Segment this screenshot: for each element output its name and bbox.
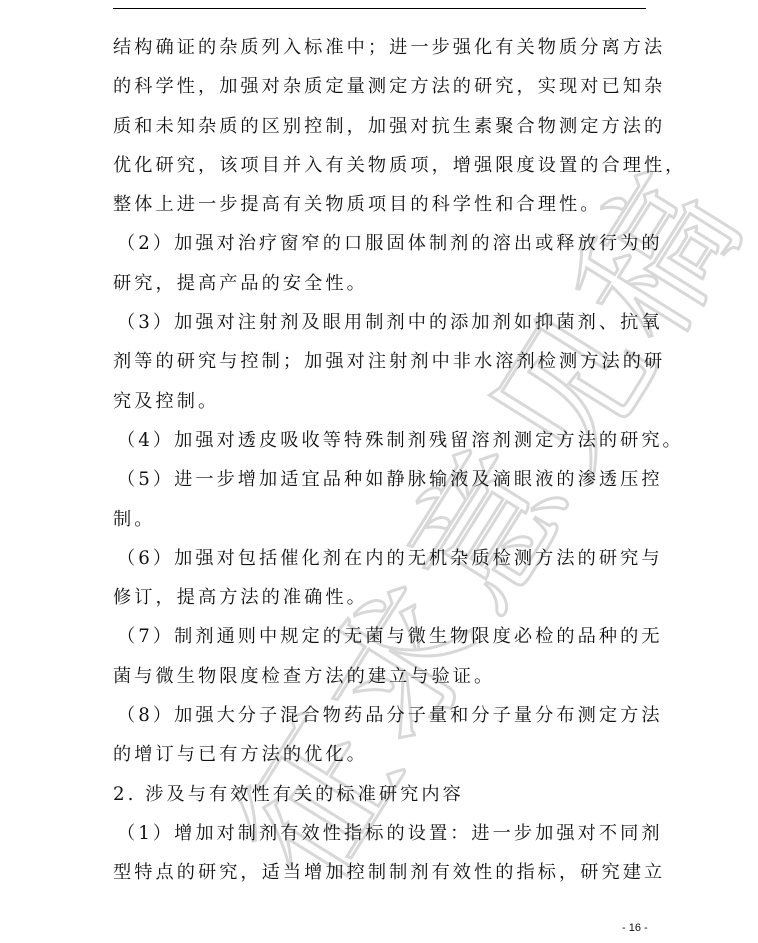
paragraph-line: 制。 <box>113 500 653 539</box>
paragraph-line: 结构确证的杂质列入标准中；进一步强化有关物质分离方法 <box>113 28 653 67</box>
page-number: - 16 - <box>622 922 648 934</box>
list-item-7: （7）制剂通则中规定的无菌与微生物限度必检的品种的无 <box>117 617 653 656</box>
paragraph-line: 优化研究，该项目并入有关物质项，增强限度设置的合理性， <box>113 146 653 185</box>
paragraph-line: 整体上进一步提高有关物质项目的科学性和合理性。 <box>113 185 653 224</box>
list-item-3: （3）加强对注射剂及眼用制剂中的添加剂如抑菌剂、抗氧 <box>117 303 653 342</box>
paragraph-line: 的科学性，加强对杂质定量测定方法的研究，实现对已知杂 <box>113 67 653 106</box>
paragraph-line: 剂等的研究与控制；加强对注射剂中非水溶剂检测方法的研 <box>113 342 653 381</box>
paragraph-line: 的增订与已有方法的优化。 <box>113 735 653 774</box>
section-heading: 2. 涉及与有效性有关的标准研究内容 <box>113 775 653 814</box>
list-item-4: （4）加强对透皮吸收等特殊制剂残留溶剂测定方法的研究。 <box>117 421 653 460</box>
list-item-5: （5）进一步增加适宜品种如静脉输液及滴眼液的渗透压控 <box>117 460 653 499</box>
paragraph-line: 型特点的研究，适当增加控制制剂有效性的指标，研究建立 <box>113 853 653 892</box>
list-item-6: （6）加强对包括催化剂在内的无机杂质检测方法的研究与 <box>117 539 653 578</box>
header-rule <box>113 8 646 9</box>
list-item-2: （2）加强对治疗窗窄的口服固体制剂的溶出或释放行为的 <box>117 224 653 263</box>
list-item-1: （1）增加对制剂有效性指标的设置：进一步加强对不同剂 <box>117 814 653 853</box>
paragraph-line: 菌与微生物限度检查方法的建立与验证。 <box>113 657 653 696</box>
paragraph-line: 质和未知杂质的区别控制，加强对抗生素聚合物测定方法的 <box>113 107 653 146</box>
document-body: 结构确证的杂质列入标准中；进一步强化有关物质分离方法 的科学性，加强对杂质定量测… <box>113 28 653 893</box>
list-item-8: （8）加强大分子混合物药品分子量和分子量分布测定方法 <box>117 696 653 735</box>
paragraph-line: 修订，提高方法的准确性。 <box>113 578 653 617</box>
paragraph-line: 研究，提高产品的安全性。 <box>113 264 653 303</box>
paragraph-line: 究及控制。 <box>113 382 653 421</box>
